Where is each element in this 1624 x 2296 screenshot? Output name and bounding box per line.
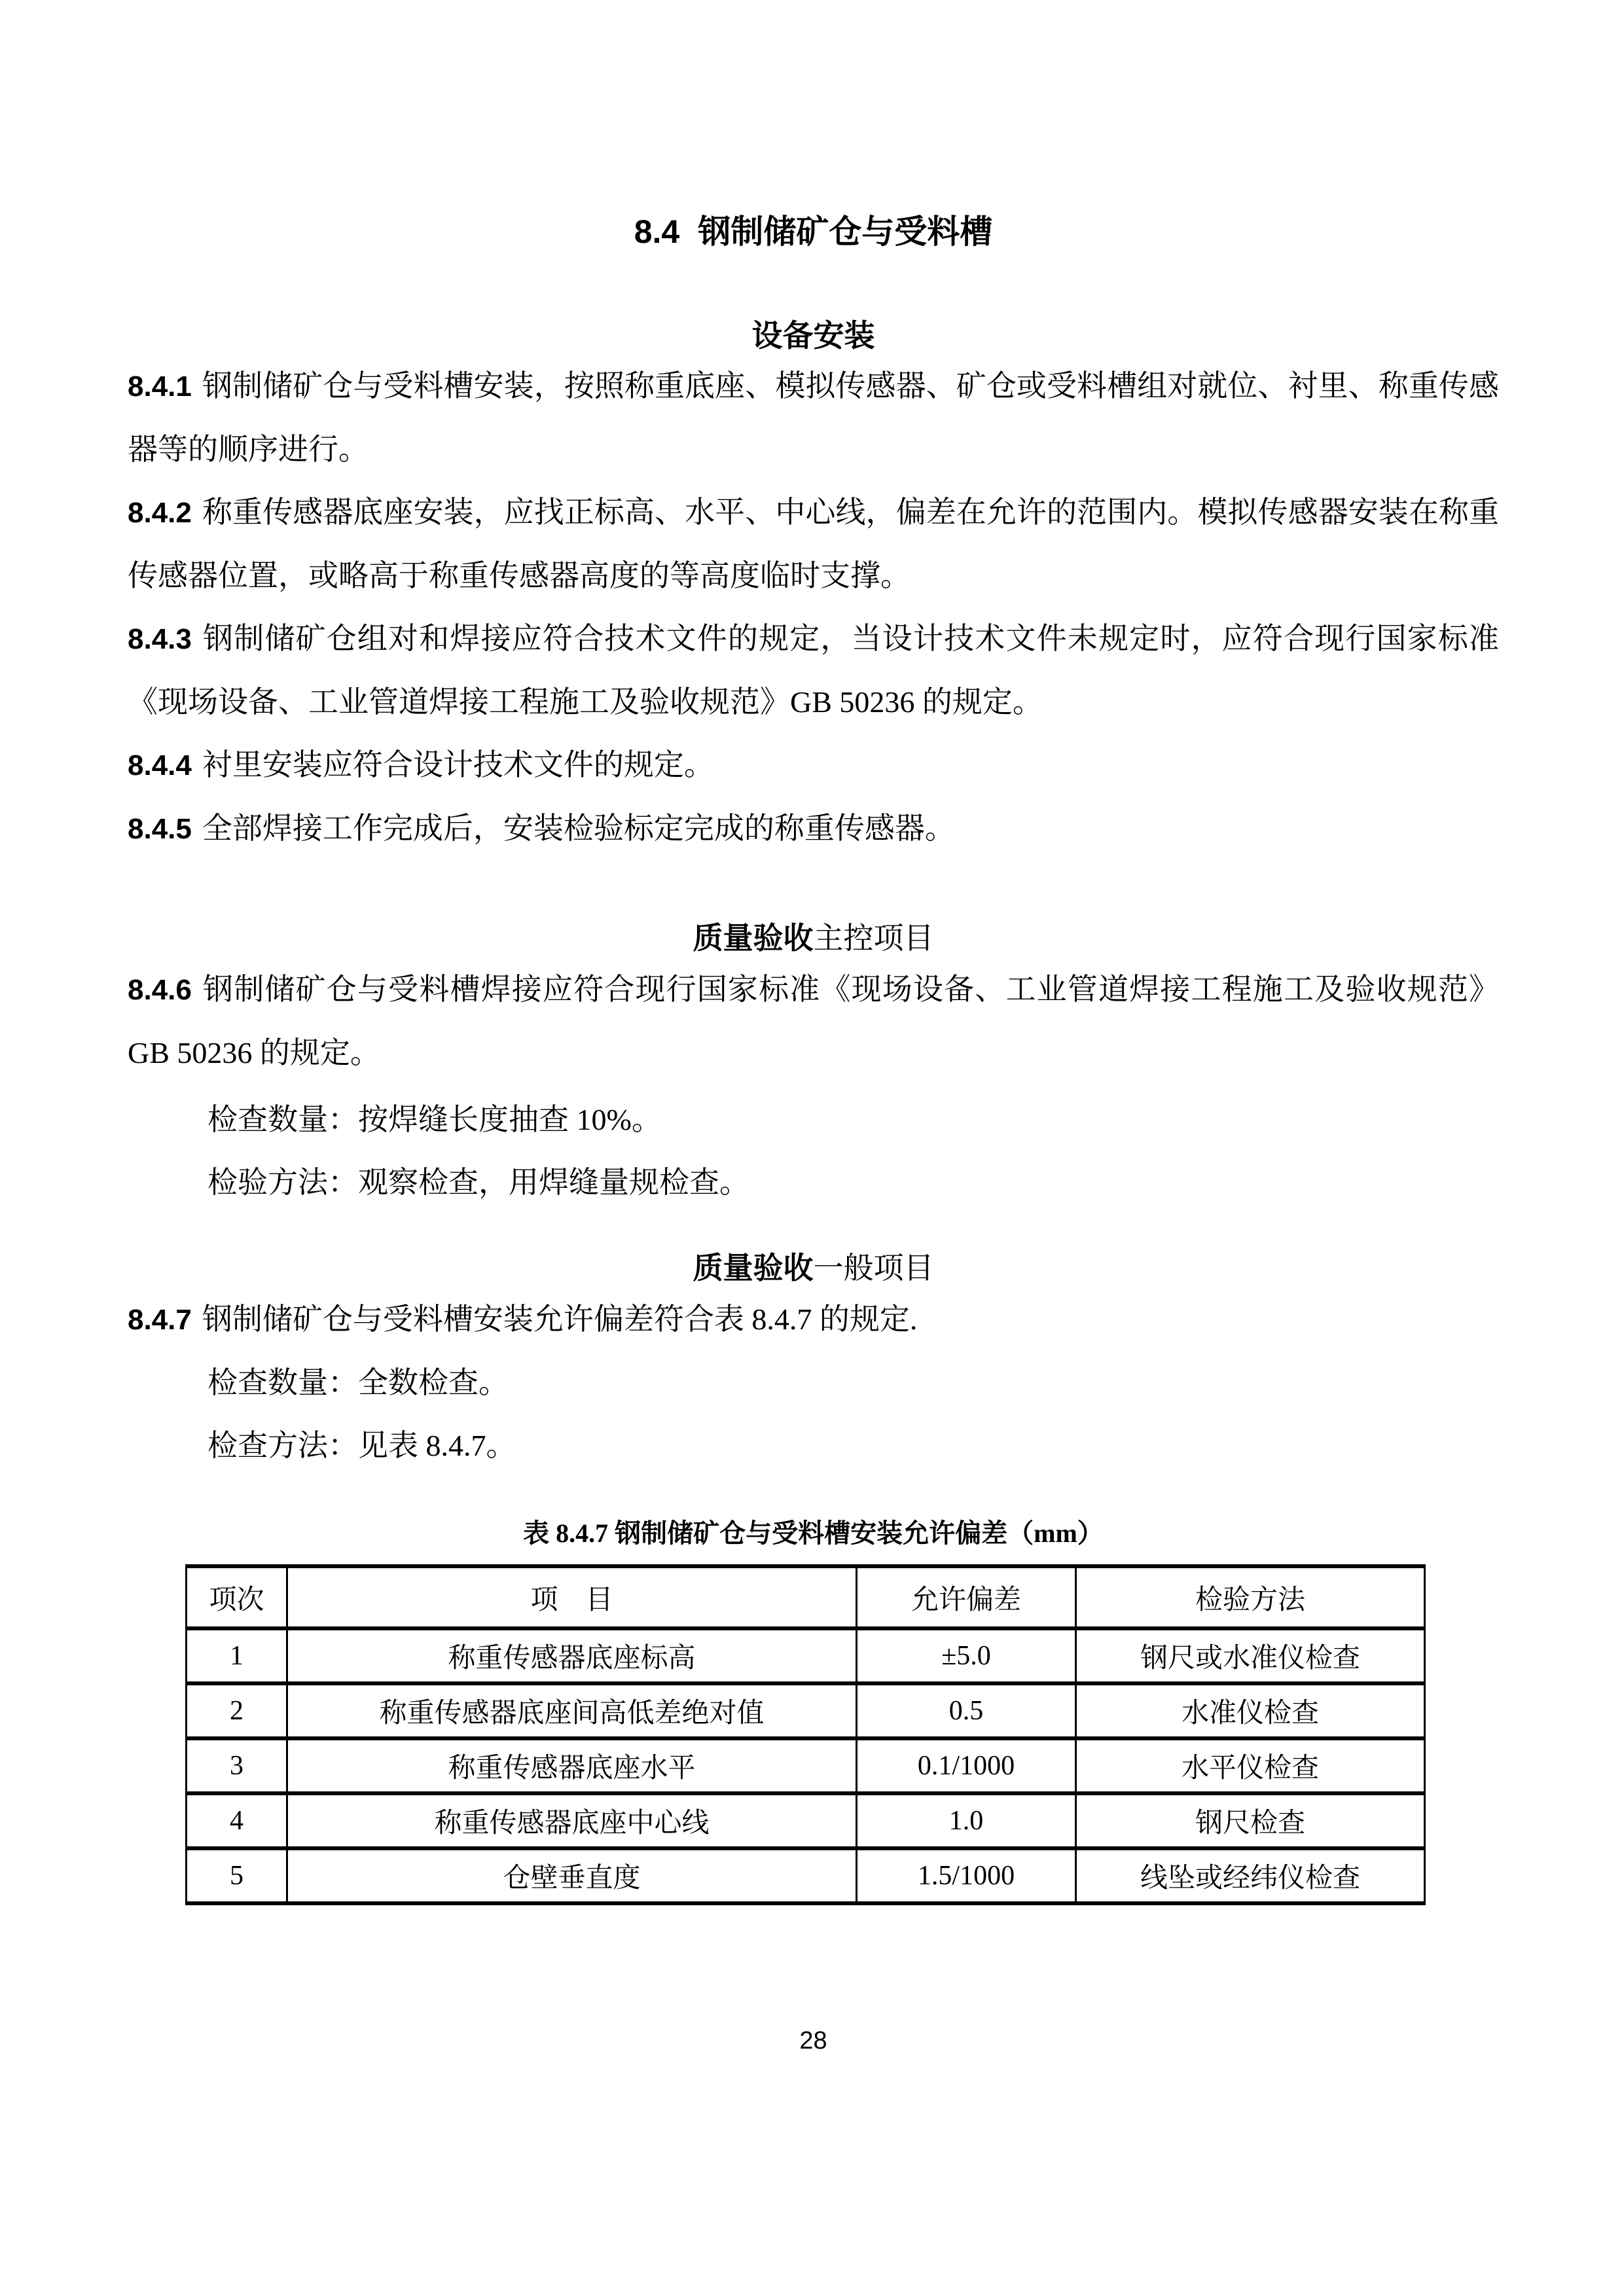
check-method-text: 检查方法：见表 8.4.7。 bbox=[208, 1429, 516, 1462]
cell-method: 钢尺或水准仪检查 bbox=[1076, 1628, 1425, 1683]
allowable-deviation-table: 项次 项 目 允许偏差 检验方法 1 称重传感器底座标高 ±5.0 钢尺或水准仪… bbox=[185, 1564, 1426, 1905]
table-row: 2 称重传感器底座间高低差绝对值 0.5 水准仪检查 bbox=[187, 1683, 1425, 1738]
inspection-quantity-text: 检查数量：按焊缝长度抽查 10%。 bbox=[208, 1103, 662, 1136]
cell-item-no: 5 bbox=[187, 1848, 287, 1903]
main-control-items-label: 主控项目 bbox=[814, 922, 934, 955]
cell-deviation: 1.5/1000 bbox=[857, 1848, 1076, 1903]
document-page: 8.4钢制储矿仓与受料槽 设备安装 8.4.1钢制储矿仓与受料槽安装，按照称重底… bbox=[0, 0, 1624, 2296]
clause-8-4-7: 8.4.7钢制储矿仓与受料槽安装允许偏差符合表 8.4.7 的规定. bbox=[128, 1288, 1499, 1352]
cell-item: 称重传感器底座标高 bbox=[287, 1628, 857, 1683]
cell-deviation: ±5.0 bbox=[857, 1628, 1076, 1683]
clause-8-4-3-text: 钢制储矿仓组对和焊接应符合技术文件的规定，当设计技术文件未规定时，应符合现行国家… bbox=[128, 622, 1499, 719]
clause-8-4-4-number: 8.4.4 bbox=[128, 749, 192, 781]
clause-8-4-2: 8.4.2称重传感器底座安装，应找正标高、水平、中心线，偏差在允许的范围内。模拟… bbox=[128, 481, 1499, 607]
cell-item: 称重传感器底座水平 bbox=[287, 1738, 857, 1793]
clause-8-4-2-number: 8.4.2 bbox=[128, 497, 192, 529]
page-number: 28 bbox=[128, 2026, 1499, 2055]
table-row: 4 称重传感器底座中心线 1.0 钢尺检查 bbox=[187, 1793, 1425, 1848]
inspection-method-text: 检验方法：观察检查，用焊缝量规检查。 bbox=[208, 1166, 749, 1199]
section-title: 8.4钢制储矿仓与受料槽 bbox=[128, 213, 1499, 250]
section-title-text: 钢制储矿仓与受料槽 bbox=[698, 213, 992, 250]
general-items-label: 一般项目 bbox=[814, 1251, 934, 1285]
clause-8-4-5: 8.4.5全部焊接工作完成后，安装检验标定完成的称重传感器。 bbox=[128, 797, 1499, 861]
clause-8-4-2-text: 称重传感器底座安装，应找正标高、水平、中心线，偏差在允许的范围内。模拟传感器安装… bbox=[128, 495, 1499, 592]
cell-method: 水平仪检查 bbox=[1076, 1738, 1425, 1793]
quality-acceptance-general-heading: 质量验收一般项目 bbox=[128, 1249, 1499, 1288]
cell-method: 钢尺检查 bbox=[1076, 1793, 1425, 1848]
check-method-note: 检查方法：见表 8.4.7。 bbox=[128, 1414, 1499, 1477]
inspection-quantity-note: 检查数量：按焊缝长度抽查 10%。 bbox=[128, 1088, 1499, 1151]
quality-acceptance-label: 质量验收 bbox=[693, 922, 814, 955]
header-item: 项 目 bbox=[287, 1566, 857, 1628]
document-content: 8.4钢制储矿仓与受料槽 设备安装 8.4.1钢制储矿仓与受料槽安装，按照称重底… bbox=[128, 0, 1499, 2055]
clause-8-4-3-number: 8.4.3 bbox=[128, 623, 192, 655]
cell-item-no: 2 bbox=[187, 1683, 287, 1738]
cell-method: 水准仪检查 bbox=[1076, 1683, 1425, 1738]
header-item-no: 项次 bbox=[187, 1566, 287, 1628]
clause-8-4-6: 8.4.6钢制储矿仓与受料槽焊接应符合现行国家标准《现场设备、工业管道焊接工程施… bbox=[128, 958, 1499, 1085]
cell-method: 线坠或经纬仪检查 bbox=[1076, 1848, 1425, 1903]
clause-8-4-1-number: 8.4.1 bbox=[128, 370, 192, 403]
table-row: 1 称重传感器底座标高 ±5.0 钢尺或水准仪检查 bbox=[187, 1628, 1425, 1683]
check-quantity-text: 检查数量：全数检查。 bbox=[208, 1366, 509, 1399]
cell-item: 仓壁垂直度 bbox=[287, 1848, 857, 1903]
clause-8-4-5-number: 8.4.5 bbox=[128, 813, 192, 845]
clause-8-4-1: 8.4.1钢制储矿仓与受料槽安装，按照称重底座、模拟传感器、矿仓或受料槽组对就位… bbox=[128, 355, 1499, 481]
clause-8-4-7-text: 钢制储矿仓与受料槽安装允许偏差符合表 8.4.7 的规定. bbox=[202, 1302, 918, 1336]
header-allowable-deviation: 允许偏差 bbox=[857, 1566, 1076, 1628]
clause-8-4-7-number: 8.4.7 bbox=[128, 1304, 192, 1336]
quality-acceptance-label: 质量验收 bbox=[693, 1251, 814, 1285]
clause-8-4-6-number: 8.4.6 bbox=[128, 974, 192, 1006]
cell-deviation: 0.5 bbox=[857, 1683, 1076, 1738]
clause-8-4-5-text: 全部焊接工作完成后，安装检验标定完成的称重传感器。 bbox=[202, 812, 955, 845]
equipment-install-heading: 设备安装 bbox=[128, 318, 1499, 355]
cell-deviation: 0.1/1000 bbox=[857, 1738, 1076, 1793]
cell-item-no: 4 bbox=[187, 1793, 287, 1848]
table-row: 5 仓壁垂直度 1.5/1000 线坠或经纬仪检查 bbox=[187, 1848, 1425, 1903]
table-row: 3 称重传感器底座水平 0.1/1000 水平仪检查 bbox=[187, 1738, 1425, 1793]
inspection-method-note: 检验方法：观察检查，用焊缝量规检查。 bbox=[128, 1151, 1499, 1214]
main-control-notes: 检查数量：按焊缝长度抽查 10%。 检验方法：观察检查，用焊缝量规检查。 bbox=[128, 1088, 1499, 1214]
cell-item: 称重传感器底座中心线 bbox=[287, 1793, 857, 1848]
cell-deviation: 1.0 bbox=[857, 1793, 1076, 1848]
cell-item-no: 1 bbox=[187, 1628, 287, 1683]
cell-item: 称重传感器底座间高低差绝对值 bbox=[287, 1683, 857, 1738]
table-header-row: 项次 项 目 允许偏差 检验方法 bbox=[187, 1566, 1425, 1628]
clause-8-4-6-text: 钢制储矿仓与受料槽焊接应符合现行国家标准《现场设备、工业管道焊接工程施工及验收规… bbox=[128, 973, 1499, 1069]
clause-8-4-1-text: 钢制储矿仓与受料槽安装，按照称重底座、模拟传感器、矿仓或受料槽组对就位、衬里、称… bbox=[128, 369, 1499, 466]
section-title-number: 8.4 bbox=[634, 213, 680, 250]
clause-8-4-4-text: 衬里安装应符合设计技术文件的规定。 bbox=[202, 748, 714, 781]
table-caption: 表 8.4.7 钢制储矿仓与受料槽安装允许偏差（mm） bbox=[128, 1516, 1499, 1551]
general-notes: 检查数量：全数检查。 检查方法：见表 8.4.7。 bbox=[128, 1352, 1499, 1477]
quality-acceptance-main-control-heading: 质量验收主控项目 bbox=[128, 919, 1499, 958]
clause-8-4-3: 8.4.3钢制储矿仓组对和焊接应符合技术文件的规定，当设计技术文件未规定时，应符… bbox=[128, 607, 1499, 734]
clause-8-4-4: 8.4.4衬里安装应符合设计技术文件的规定。 bbox=[128, 734, 1499, 797]
cell-item-no: 3 bbox=[187, 1738, 287, 1793]
header-inspection-method: 检验方法 bbox=[1076, 1566, 1425, 1628]
check-quantity-note: 检查数量：全数检查。 bbox=[128, 1352, 1499, 1414]
